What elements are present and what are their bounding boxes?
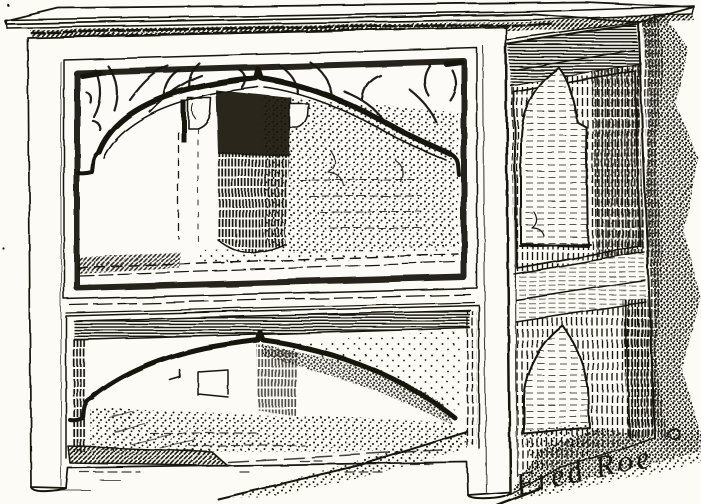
- upper-opening: [64, 48, 477, 299]
- furniture-illustration: Fred Roe: [0, 0, 701, 504]
- front-face: [28, 27, 510, 498]
- interior-shadow: [216, 90, 292, 156]
- side-panel: [506, 22, 655, 494]
- engraving-canvas: Fred Roe: [0, 0, 701, 504]
